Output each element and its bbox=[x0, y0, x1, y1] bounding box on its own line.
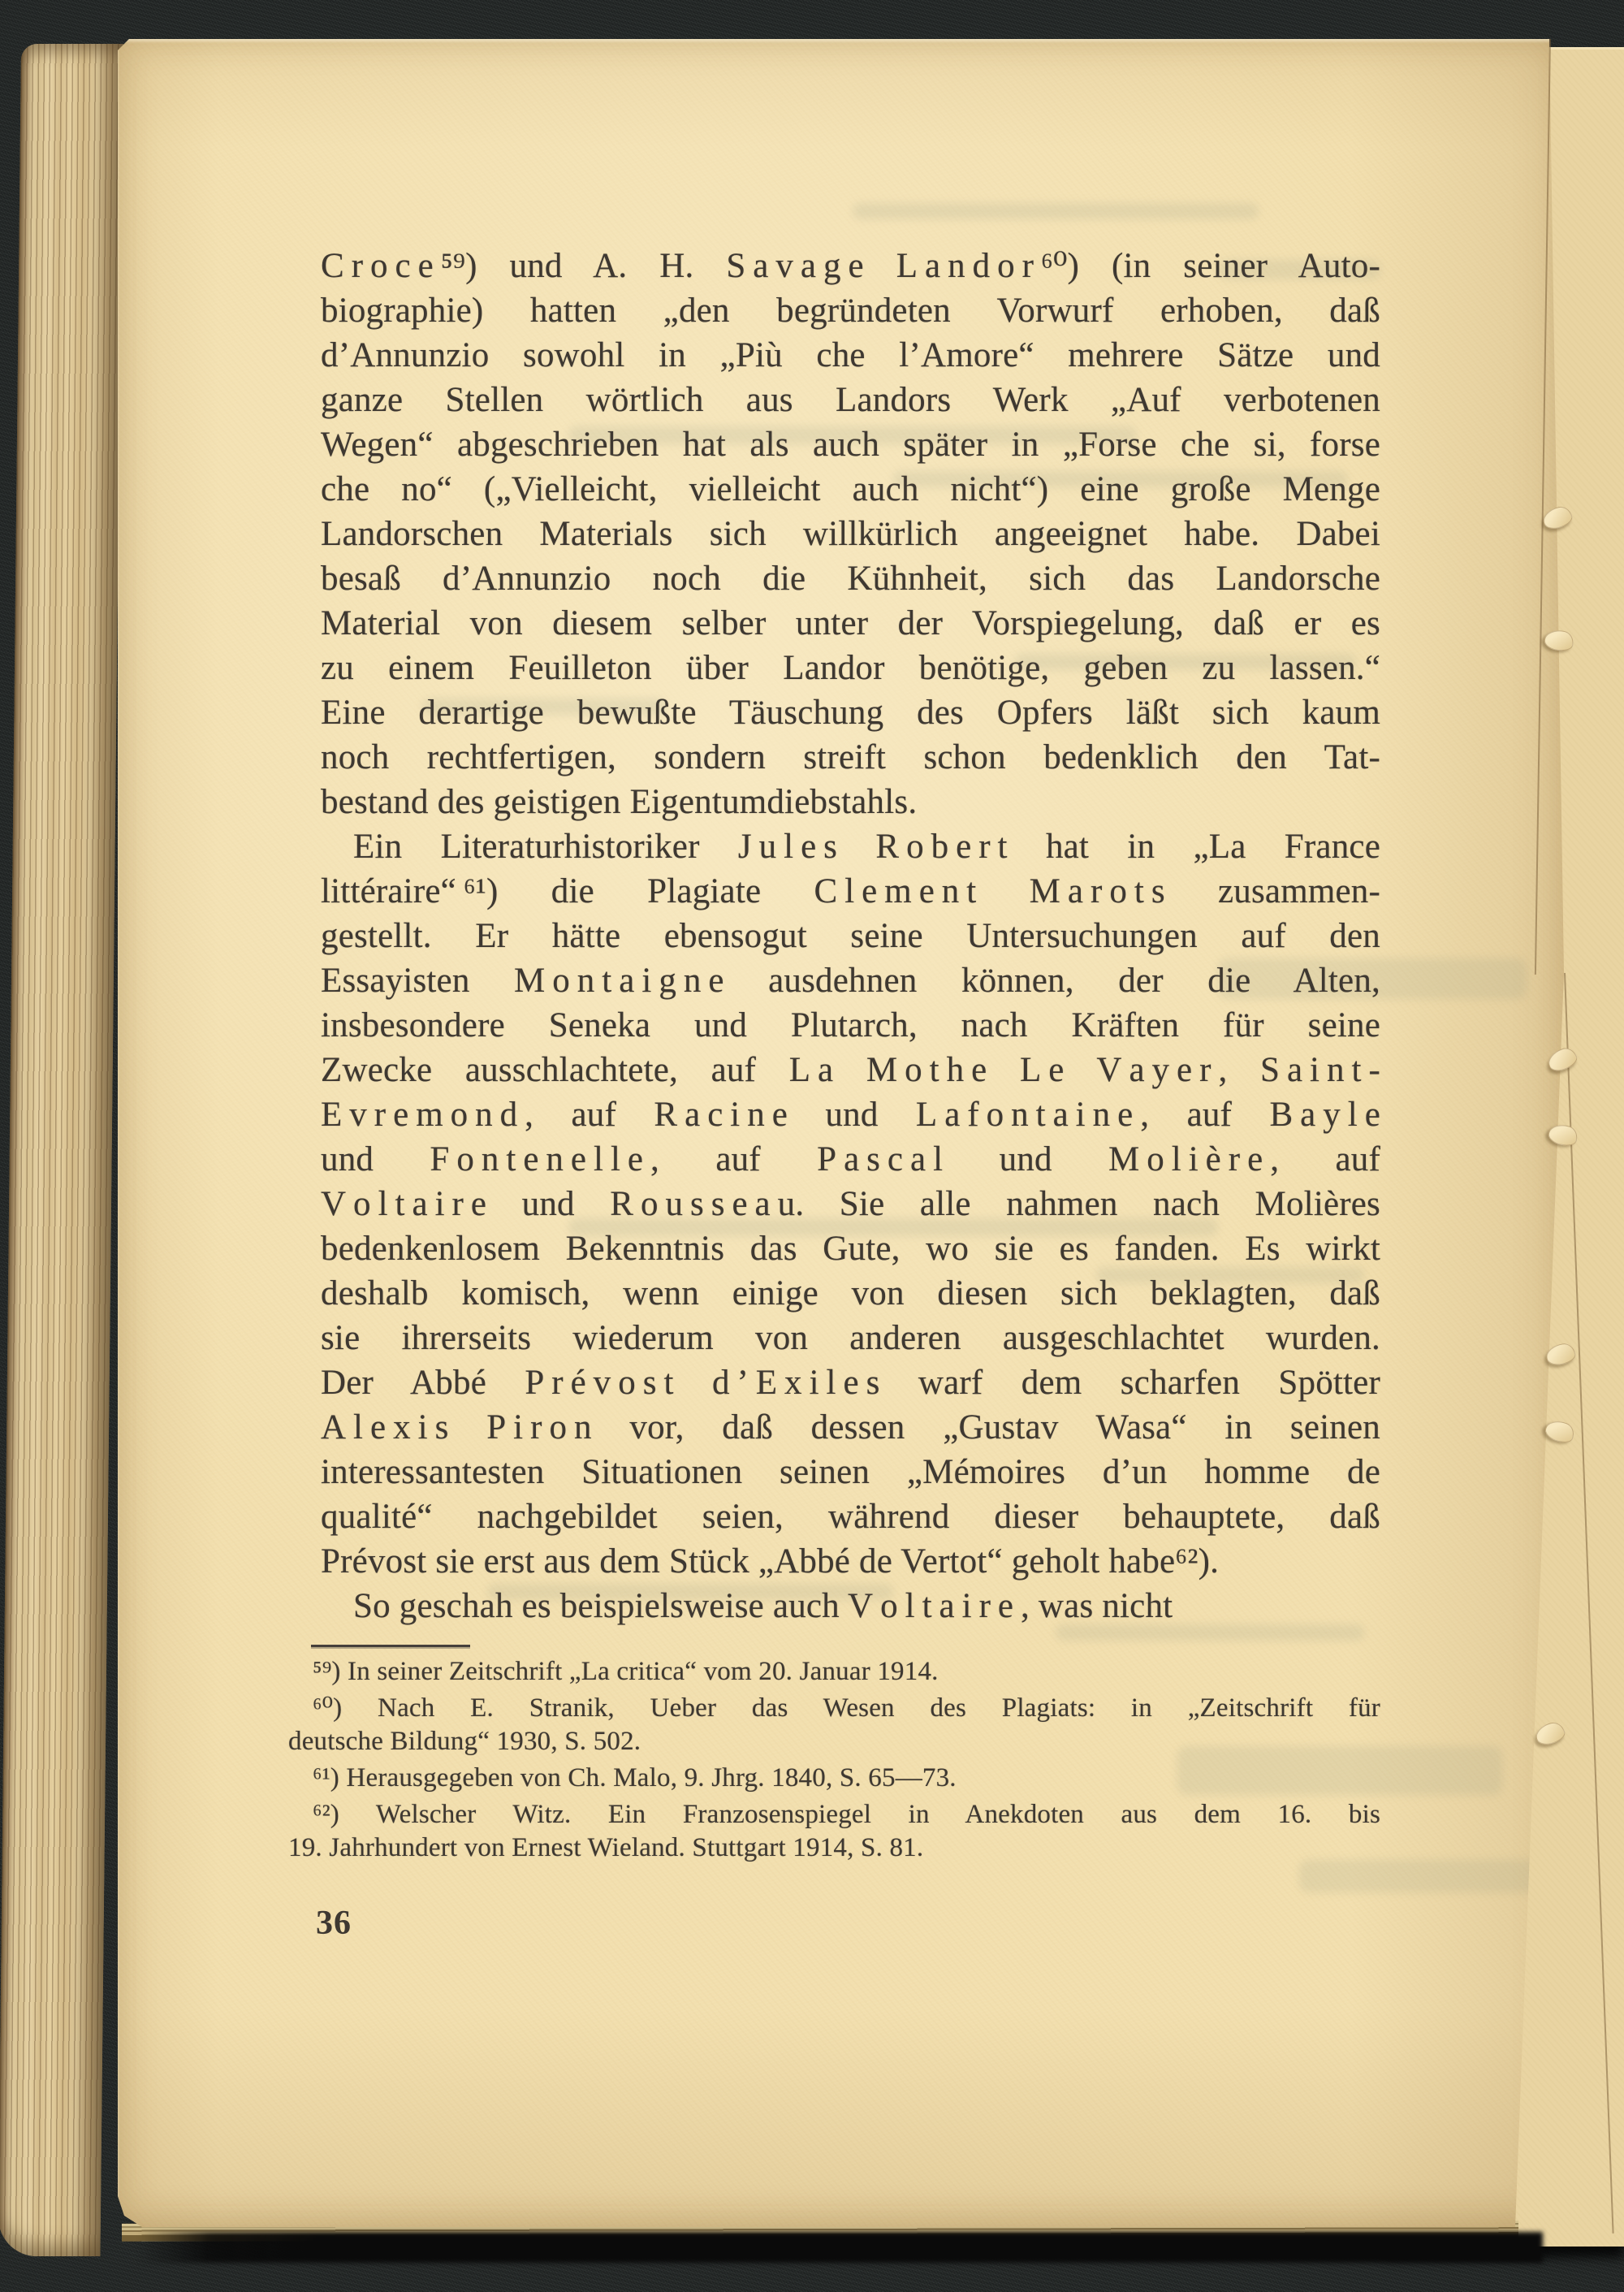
footnote-line: ⁶²) Welscher Witz. Ein Franzosenspiegel … bbox=[288, 1798, 1380, 1831]
text-line: E v r e m o n d , auf R a c i n e und L … bbox=[321, 1092, 1380, 1137]
footnote-line: deutsche Bildung“ 1930, S. 502. bbox=[288, 1725, 1380, 1758]
text-line: bestand des geistigen Eigentumdiebstahls… bbox=[321, 780, 1380, 824]
text-line: ganze Stellen wörtlich aus Landors Werk … bbox=[321, 378, 1380, 422]
page-stack-left-edge bbox=[0, 44, 123, 2256]
text-line: biographie) hatten „den begründeten Vorw… bbox=[321, 288, 1380, 333]
text-line: insbesondere Seneka und Plutarch, nach K… bbox=[321, 1003, 1380, 1048]
text-line: Material von diesem selber unter der Vor… bbox=[321, 601, 1380, 646]
footnote: ⁶¹) Herausgegeben von Ch. Malo, 9. Jhrg.… bbox=[288, 1762, 1380, 1795]
footnote: ⁶⁰) Nach E. Stranik, Ueber das Wesen des… bbox=[288, 1692, 1380, 1758]
footnote-line: 19. Jahrhundert von Ernest Wieland. Stut… bbox=[288, 1831, 1380, 1865]
text-line: d’Annunzio sowohl in „Più che l’Amore“ m… bbox=[321, 333, 1380, 378]
text-line: che no“ („Vielleicht, vielleicht auch ni… bbox=[321, 467, 1380, 512]
text-line: Prévost sie erst aus dem Stück „Abbé de … bbox=[321, 1539, 1380, 1584]
text-line: Zwecke ausschlachtete, auf L a M o t h e… bbox=[321, 1048, 1380, 1092]
footnote: ⁵⁹) In seiner Zeitschrift „La critica“ v… bbox=[288, 1655, 1380, 1689]
text-line: interessantesten Situationen seinen „Mém… bbox=[321, 1450, 1380, 1494]
footnote-line: ⁵⁹) In seiner Zeitschrift „La critica“ v… bbox=[288, 1655, 1380, 1689]
footnote-line: ⁶⁰) Nach E. Stranik, Ueber das Wesen des… bbox=[288, 1692, 1380, 1725]
text-line: So geschah es beispielsweise auch V o l … bbox=[321, 1584, 1380, 1628]
text-line: Ein Literaturhistoriker J u l e s R o b … bbox=[321, 824, 1380, 869]
text-line: besaß d’Annunzio noch die Kühnheit, sich… bbox=[321, 556, 1380, 601]
showthrough-streak bbox=[853, 203, 1259, 219]
book-page: C r o c e ⁵⁹) und A. H. S a v a g e L a … bbox=[118, 39, 1567, 2227]
text-line: Der Abbé P r é v o s t d ’ E x i l e s w… bbox=[321, 1360, 1380, 1405]
text-line: Landorschen Materials sich willkürlich a… bbox=[321, 512, 1380, 556]
book-bottom-shadow bbox=[138, 2232, 1543, 2263]
body-paragraphs: C r o c e ⁵⁹) und A. H. S a v a g e L a … bbox=[321, 244, 1380, 1628]
text-line: Eine derartige bewußte Täuschung des Opf… bbox=[321, 690, 1380, 735]
paragraph: C r o c e ⁵⁹) und A. H. S a v a g e L a … bbox=[321, 244, 1380, 824]
text-line: littéraire“ ⁶¹) die Plagiate C l e m e n… bbox=[321, 869, 1380, 914]
text-line: sie ihrerseits wiederum von anderen ausg… bbox=[321, 1316, 1380, 1360]
text-line: zu einem Feuilleton über Landor benötige… bbox=[321, 646, 1380, 690]
footnote-line: ⁶¹) Herausgegeben von Ch. Malo, 9. Jhrg.… bbox=[288, 1762, 1380, 1795]
page-text: C r o c e ⁵⁹) und A. H. S a v a g e L a … bbox=[321, 244, 1380, 1941]
text-line: A l e x i s P i r o n vor, daß dessen „G… bbox=[321, 1405, 1380, 1450]
text-line: Wegen“ abgeschrieben hat als auch später… bbox=[321, 422, 1380, 467]
footnote-separator-rule bbox=[311, 1645, 470, 1647]
text-line: C r o c e ⁵⁹) und A. H. S a v a g e L a … bbox=[321, 244, 1380, 288]
text-line: bedenkenlosem Bekenntnis das Gute, wo si… bbox=[321, 1226, 1380, 1271]
footnotes: ⁵⁹) In seiner Zeitschrift „La critica“ v… bbox=[288, 1655, 1380, 1865]
book-scan-photo: { "colors":{ "background":"#272b2a", "pa… bbox=[0, 0, 1624, 2292]
text-line: deshalb komisch, wenn einige von diesen … bbox=[321, 1271, 1380, 1316]
page-number: 36 bbox=[316, 1905, 1380, 1941]
text-line: Essayisten M o n t a i g n e ausdehnen k… bbox=[321, 958, 1380, 1003]
text-line: V o l t a i r e und R o u s s e a u. Sie… bbox=[321, 1182, 1380, 1226]
text-line: gestellt. Er hätte ebensogut seine Unter… bbox=[321, 914, 1380, 958]
paragraph: So geschah es beispielsweise auch V o l … bbox=[321, 1584, 1380, 1628]
footnote: ⁶²) Welscher Witz. Ein Franzosenspiegel … bbox=[288, 1798, 1380, 1865]
text-line: und F o n t e n e l l e , auf P a s c a … bbox=[321, 1137, 1380, 1182]
text-line: qualité“ nachgebildet seien, während die… bbox=[321, 1494, 1380, 1539]
paragraph: Ein Literaturhistoriker J u l e s R o b … bbox=[321, 824, 1380, 1584]
text-line: noch rechtfertigen, sondern streift scho… bbox=[321, 735, 1380, 780]
